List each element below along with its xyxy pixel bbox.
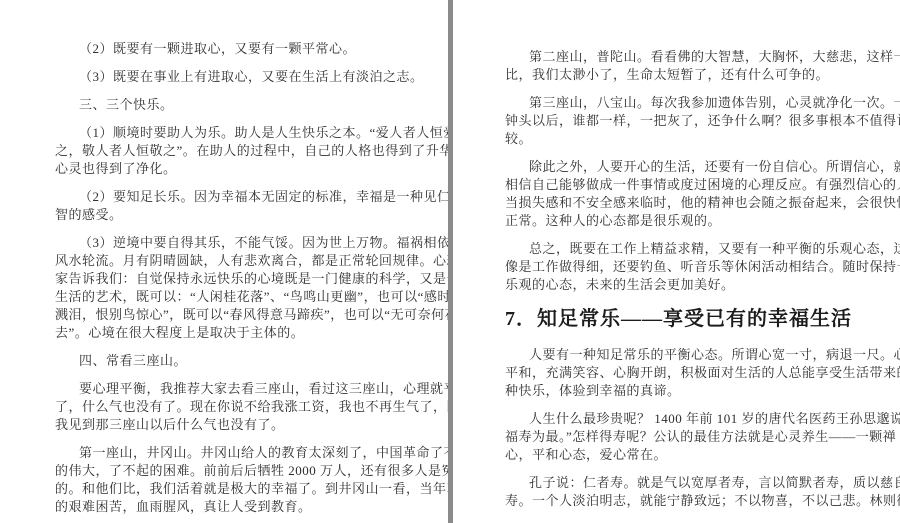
text-line: 家告诉我们：自觉保持永远快乐的心境既是一门健康的科学，又是一门 (55, 270, 427, 288)
paragraph: （2）要知足长乐。因为幸福本无固定的标准，幸福是一种见仁见智的感受。 (55, 188, 427, 224)
paragraph: 要心理平衡，我推荐大家去看三座山，看过这三座山，心理就平衡了，什么气也没有了。现… (55, 380, 427, 434)
text-line: 风水轮流。月有阴晴圆缺，人有悲欢离合，都是正常轮回规律。心理学 (55, 252, 427, 270)
paragraph: 第一座山，井冈山。井冈山给人的教育太深刻了，中国革命了不起的伟大，了不起的困难。… (55, 444, 427, 516)
text-line: 智的感受。 (55, 206, 427, 224)
text-line: 总之，既要在工作上精益求精，又要有一种平衡的乐观心态，这就 (505, 240, 895, 258)
text-line: 相信自己能够做成一件事情或度过困境的心理反应。有强烈信心的人， (505, 176, 895, 194)
right-page: 第二座山，普陀山。看看佛的大智慧，大胸怀，大慈悲，这样一比，我们太渺小了，生命太… (453, 0, 900, 523)
paragraph: （3）逆境中要自得其乐，不能气馁。因为世上万物。福祸相依，风水轮流。月有阴晴圆缺… (55, 234, 427, 342)
paragraph: 总之，既要在工作上精益求精，又要有一种平衡的乐观心态，这就像是工作做得细，还要钓… (505, 240, 895, 294)
paragraph: （2）既要有一颗进取心，又要有一颗平常心。 (55, 40, 427, 58)
section-heading: 7．知足常乐——享受已有的幸福生活 (505, 304, 895, 334)
paragraph: 第三座山，八宝山。每次我参加遗体告别，心灵就净化一次。一个钟头以后，谁都一样，一… (505, 94, 895, 148)
text-line: 的伟大，了不起的困难。前前后后牺牲 2000 万人，还有很多人是冤枉死 (55, 462, 427, 480)
text-line: （1）顺境时要助人为乐。助人是人生快乐之本。“爱人者人恒爱 (55, 124, 427, 142)
paragraph: （1）顺境时要助人为乐。助人是人生快乐之本。“爱人者人恒爱之，敬人者人恒敬之”。… (55, 124, 427, 178)
text-line: 溅泪，恨别鸟惊心”，既可以“春风得意马蹄疾”，也可以“无可奈何花落 (55, 306, 427, 324)
text-line: 正常。这种人的心态都是很乐观的。 (505, 212, 895, 230)
text-line: 平和，充满笑容、心胸开朗，积极面对生活的人总能享受生活带来的种 (505, 364, 895, 382)
text-line: 乐观的心态，未来的生活会更加美好。 (505, 276, 895, 294)
text-line: 寿。一个人淡泊明志，就能宁静致远；不以物喜，不以己悲。林则徐喜 (505, 492, 895, 510)
text-line: 心灵也得到了净化。 (55, 160, 427, 178)
text-line: 人生什么最珍贵呢？ 1400 年前 101 岁的唐代名医药王孙思邈说：“五 (505, 410, 900, 428)
text-line: （2）要知足长乐。因为幸福本无固定的标准，幸福是一种见仁见 (55, 188, 427, 206)
text-line: 种快乐，体验到幸福的真谛。 (505, 382, 895, 400)
text-line: （3）既要在事业上有进取心，又要在生活上有淡泊之志。 (55, 68, 427, 86)
text-line: 第二座山，普陀山。看看佛的大智慧，大胸怀，大慈悲，这样一 (505, 48, 895, 66)
document-viewer: （2）既要有一颗进取心，又要有一颗平常心。（3）既要在事业上有进取心，又要在生活… (0, 0, 900, 523)
text-line: 第三座山，八宝山。每次我参加遗体告别，心灵就净化一次。一个 (505, 94, 895, 112)
paragraph: 孔子说：仁者寿。就是气以宽厚者寿，言以简默者寿，质以慈良者寿。一个人淡泊明志，就… (505, 474, 895, 510)
text-line: 较。 (505, 130, 895, 148)
text-line: 钟头以后，谁都一样，一把灰了，还争什么啊？很多事根本不值得计 (505, 112, 895, 130)
text-line: 的。和他们比，我们活着就是极大的幸福了。到井冈山一看，当年革命 (55, 480, 427, 498)
paragraph: 三、三个快乐。 (55, 96, 427, 114)
paragraph: 四、常看三座山。 (55, 352, 427, 370)
text-line: 三、三个快乐。 (55, 96, 427, 114)
text-line: 的艰难困苦，血雨腥风，真让人受到教育。 (55, 498, 427, 516)
text-line: 孔子说：仁者寿。就是气以宽厚者寿，言以简默者寿，质以慈良者 (505, 474, 895, 492)
text-line: 福寿为最。”怎样得寿呢？公认的最佳方法就是心灵养生——一颗禅 (505, 428, 895, 446)
text-line: 去”。心境在很大程度上是取决于主体的。 (55, 324, 427, 342)
text-line: 心，平和心态，爱心常在。 (505, 446, 895, 464)
text-line: 生活的艺术，既可以：“人闲桂花落”、“鸟鸣山更幽”，也可以“感时花 (55, 288, 427, 306)
text-line: 之，敬人者人恒敬之”。在助人的过程中，自己的人格也得到了升华， (55, 142, 427, 160)
text-line: 像是工作做得细，还要钓鱼、听音乐等休闲活动相结合。随时保持一颗 (505, 258, 895, 276)
right-page-content: 第二座山，普陀山。看看佛的大智慧，大胸怀，大慈悲，这样一比，我们太渺小了，生命太… (505, 0, 895, 510)
text-line: 人要有一种知足常乐的平衡心态。所谓心宽一寸，病退一尺。心情 (505, 346, 895, 364)
left-page: （2）既要有一颗进取心，又要有一颗平常心。（3）既要在事业上有进取心，又要在生活… (0, 0, 448, 523)
text-line: （3）逆境中要自得其乐，不能气馁。因为世上万物。福祸相依， (55, 234, 427, 252)
text-line: 要心理平衡，我推荐大家去看三座山，看过这三座山，心理就平衡 (55, 380, 427, 398)
paragraph: 人生什么最珍贵呢？ 1400 年前 101 岁的唐代名医药王孙思邈说：“五福寿为… (505, 410, 895, 464)
paragraph: 人要有一种知足常乐的平衡心态。所谓心宽一寸，病退一尺。心情平和，充满笑容、心胸开… (505, 346, 895, 400)
text-line: 四、常看三座山。 (55, 352, 427, 370)
left-page-content: （2）既要有一颗进取心，又要有一颗平常心。（3）既要在事业上有进取心，又要在生活… (55, 0, 427, 516)
text-line: 了，什么气也没有了。现在你说不给我涨工资，我也不再生气了，因为 (55, 398, 427, 416)
text-line: 当损失感和不安全感来临时，他的精神也会随之振奋起来，会很快恢复 (505, 194, 895, 212)
text-line: 第一座山，井冈山。井冈山给人的教育太深刻了，中国革命了不起 (55, 444, 427, 462)
paragraph: （3）既要在事业上有进取心，又要在生活上有淡泊之志。 (55, 68, 427, 86)
text-line: 比，我们太渺小了，生命太短暂了，还有什么可争的。 (505, 66, 895, 84)
text-line: 我见到那三座山以后什么气也没有了。 (55, 416, 427, 434)
paragraph: 第二座山，普陀山。看看佛的大智慧，大胸怀，大慈悲，这样一比，我们太渺小了，生命太… (505, 48, 895, 84)
paragraph: 除此之外，人要开心的生活，还要有一份自信心。所谓信心，就是相信自己能够做成一件事… (505, 158, 895, 230)
text-line: 除此之外，人要开心的生活，还要有一份自信心。所谓信心，就是 (505, 158, 895, 176)
text-line: （2）既要有一颗进取心，又要有一颗平常心。 (55, 40, 427, 58)
